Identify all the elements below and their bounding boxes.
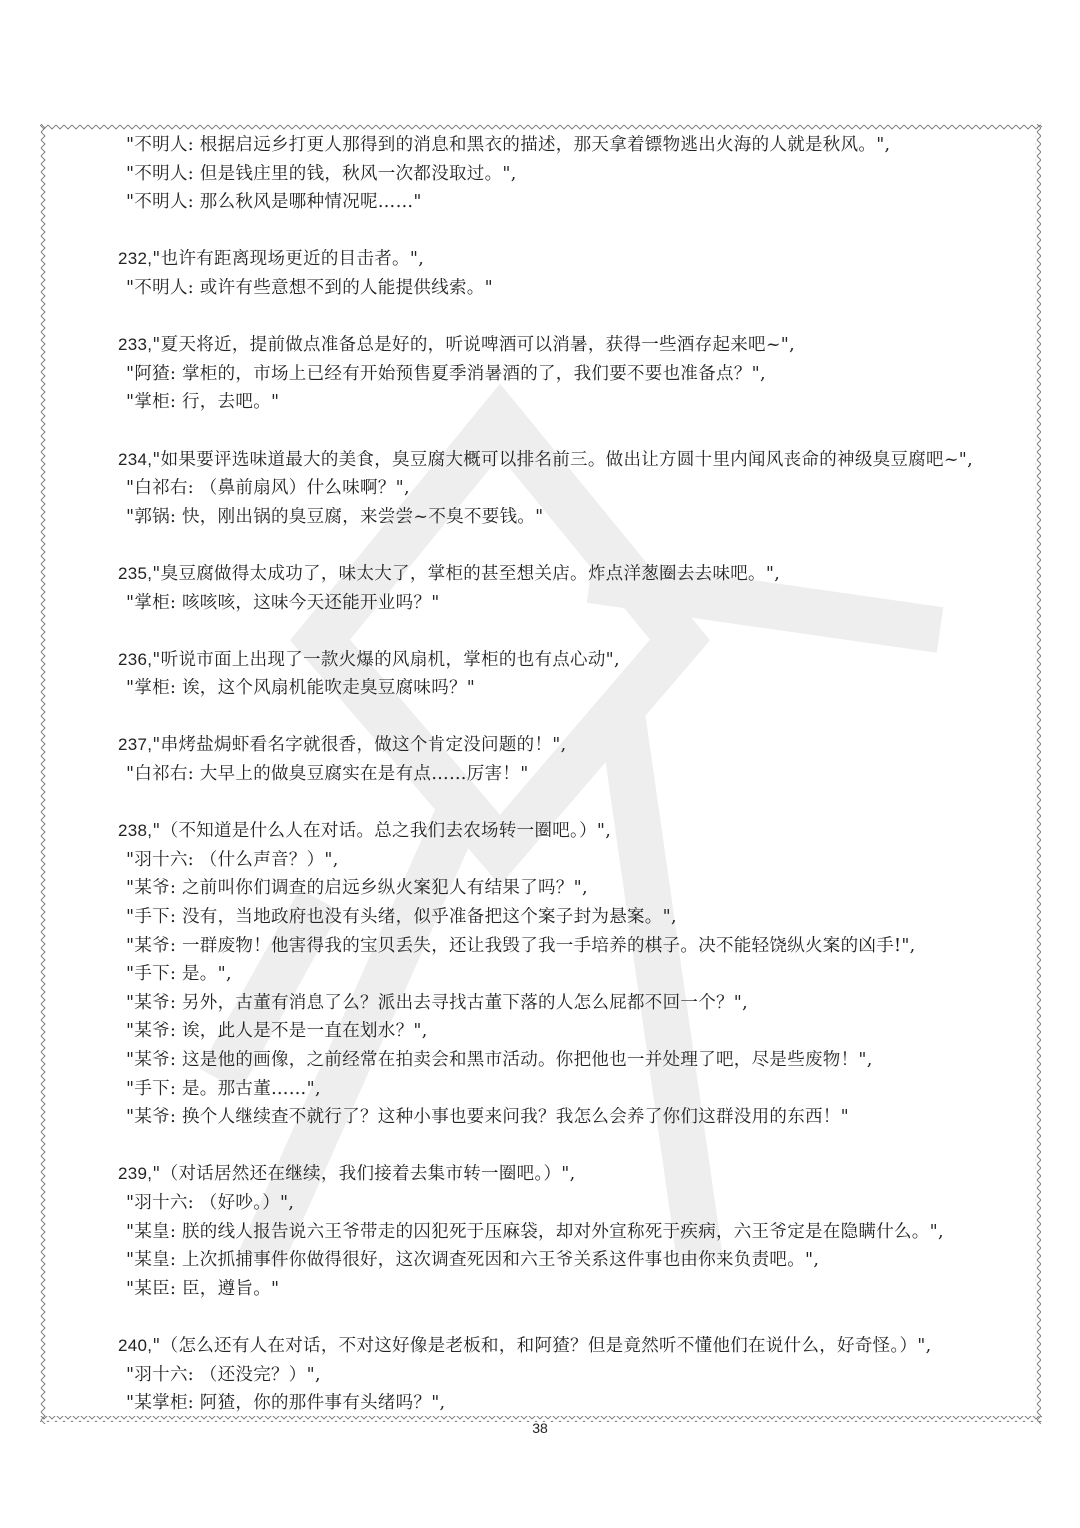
entry-232: 232,"也许有距离现场更近的目击者。", "不明人: 或许有些意想不到的人能提… (118, 245, 1038, 302)
entry-title: "（对话居然还在继续，我们接着去集市转一圈吧。）", (152, 1164, 575, 1184)
entry-title: "也许有距离现场更近的目击者。", (152, 249, 424, 269)
entry-number: 237, (118, 735, 152, 754)
entry-number: 238, (118, 821, 152, 840)
dialogue-line: "手下: 是。", (118, 960, 1038, 989)
dialogue-line: "白祁右: （鼻前扇风）什么味啊？", (118, 474, 1038, 503)
dialogue-line: "羽十六: （什么声音？）", (118, 846, 1038, 875)
dialogue-line: "掌柜: 咳咳咳，这味今天还能开业吗？" (118, 589, 1038, 618)
entry-title: "（不知道是什么人在对话。总之我们去农场转一圈吧。）", (152, 821, 611, 841)
entry-title: "臭豆腐做得太成功了，味太大了，掌柜的甚至想关店。炸点洋葱圈去去味吧。", (152, 564, 780, 584)
dialogue-line: "手下: 是。那古董……", (118, 1075, 1038, 1104)
entry-234: 234,"如果要评选味道最大的美食，臭豆腐大概可以排名前三。做出让方圆十里内闻风… (118, 446, 1038, 532)
dialogue-line: "某爷: 换个人继续查不就行了？这种小事也要来问我？我怎么会养了你们这群没用的东… (118, 1103, 1038, 1132)
entry-number: 240, (118, 1336, 152, 1355)
dialogue-line: "掌柜: 行，去吧。" (118, 388, 1038, 417)
dialogue-line: "白祁右: 大早上的做臭豆腐实在是有点……厉害！" (118, 760, 1038, 789)
entry-236: 236,"听说市面上出现了一款火爆的风扇机，掌柜的也有点心动", "掌柜: 诶，… (118, 646, 1038, 703)
dialogue-line: "某爷: 另外，古董有消息了么？派出去寻找古董下落的人怎么屁都不回一个？", (118, 989, 1038, 1018)
entry-237: 237,"串烤盐焗虾看名字就很香，做这个肯定没问题的！", "白祁右: 大早上的… (118, 731, 1038, 788)
entry-number: 236, (118, 650, 152, 669)
entry-title: "夏天将近，提前做点准备总是好的，听说啤酒可以消暑，获得一些酒存起来吧~", (152, 335, 795, 355)
dialogue-line: "某爷: 一群废物！他害得我的宝贝丢失，还让我毁了我一手培养的棋子。决不能轻饶纵… (118, 932, 1038, 961)
entry-continued: "不明人: 根据启远乡打更人那得到的消息和黑衣的描述，那天拿着镖物逃出火海的人就… (118, 131, 1038, 217)
entry-title: "（怎么还有人在对话，不对这好像是老板和，和阿猹？但是竟然听不懂他们在说什么，好… (152, 1336, 931, 1356)
entry-number: 232, (118, 249, 152, 268)
dialogue-line: "某皇: 朕的线人报告说六王爷带走的囚犯死于压麻袋，却对外宣称死于疾病，六王爷定… (118, 1218, 1038, 1247)
dialogue-line: "不明人: 根据启远乡打更人那得到的消息和黑衣的描述，那天拿着镖物逃出火海的人就… (118, 131, 1038, 160)
dialogue-line: "羽十六: （还没完？）", (118, 1361, 1038, 1390)
dialogue-line: "某掌柜: 阿猹，你的那件事有头绪吗？", (118, 1389, 1038, 1418)
entry-240: 240,"（怎么还有人在对话，不对这好像是老板和，和阿猹？但是竟然听不懂他们在说… (118, 1332, 1038, 1418)
dialogue-line: "某皇: 上次抓捕事件你做得很好，这次调查死因和六王爷关系这件事也由你来负责吧。… (118, 1246, 1038, 1275)
dialogue-line: "某爷: 这是他的画像，之前经常在拍卖会和黑市活动。你把他也一并处理了吧，尽是些… (118, 1046, 1038, 1075)
entry-title: "听说市面上出现了一款火爆的风扇机，掌柜的也有点心动", (152, 650, 620, 670)
dialogue-line: "郭锅: 快，刚出锅的臭豆腐，来尝尝~不臭不要钱。" (118, 503, 1038, 532)
entry-title: "串烤盐焗虾看名字就很香，做这个肯定没问题的！", (152, 735, 566, 755)
dialogue-line: "某爷: 之前叫你们调查的启远乡纵火案犯人有结果了吗？", (118, 874, 1038, 903)
document-body: "不明人: 根据启远乡打更人那得到的消息和黑衣的描述，那天拿着镖物逃出火海的人就… (118, 131, 1038, 1418)
entry-number: 235, (118, 564, 152, 583)
dialogue-line: "不明人: 但是钱庄里的钱，秋风一次都没取过。", (118, 160, 1038, 189)
dialogue-line: "某爷: 诶，此人是不是一直在划水？", (118, 1017, 1038, 1046)
dialogue-line: "掌柜: 诶，这个风扇机能吹走臭豆腐味吗？" (118, 674, 1038, 703)
entry-number: 234, (118, 450, 152, 469)
entry-238: 238,"（不知道是什么人在对话。总之我们去农场转一圈吧。）", "羽十六: （… (118, 817, 1038, 1132)
entry-number: 233, (118, 335, 152, 354)
dialogue-line: "羽十六: （好吵。）", (118, 1189, 1038, 1218)
dialogue-line: "不明人: 或许有些意想不到的人能提供线索。" (118, 274, 1038, 303)
dialogue-line: "手下: 没有，当地政府也没有头绪，似乎准备把这个案子封为悬案。", (118, 903, 1038, 932)
entry-235: 235,"臭豆腐做得太成功了，味太大了，掌柜的甚至想关店。炸点洋葱圈去去味吧。"… (118, 560, 1038, 617)
page-number: 38 (0, 1420, 1080, 1436)
dialogue-line: "不明人: 那么秋风是哪种情况呢……" (118, 188, 1038, 217)
dialogue-line: "某臣: 臣，遵旨。" (118, 1275, 1038, 1304)
entry-number: 239, (118, 1164, 152, 1183)
dialogue-line: "阿猹: 掌柜的，市场上已经有开始预售夏季消暑酒的了，我们要不要也准备点？", (118, 360, 1038, 389)
entry-233: 233,"夏天将近，提前做点准备总是好的，听说啤酒可以消暑，获得一些酒存起来吧~… (118, 331, 1038, 417)
entry-239: 239,"（对话居然还在继续，我们接着去集市转一圈吧。）", "羽十六: （好吵… (118, 1160, 1038, 1303)
entry-title: "如果要评选味道最大的美食，臭豆腐大概可以排名前三。做出让方圆十里内闻风丧命的神… (152, 450, 973, 470)
